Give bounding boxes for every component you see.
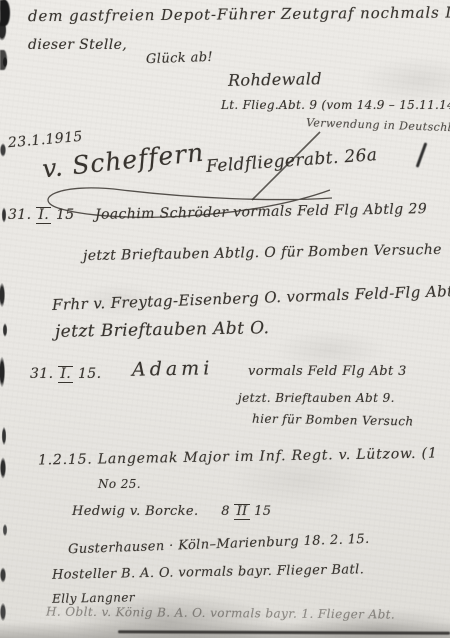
scan-edge-speckles bbox=[0, 0, 12, 638]
scan-bottom-edge-line bbox=[118, 630, 450, 634]
entry3-date-roman-month: I. bbox=[58, 366, 73, 383]
entry1-date-day: 31. bbox=[8, 207, 31, 223]
signature-unit-note: Lt. Flieg.Abt. 9 (vom 14.9 – 15.11.14 bbox=[221, 99, 450, 112]
entry3-text2: jetzt. Brieftauben Abt 9. bbox=[238, 392, 395, 405]
entry3-date-year: 15. bbox=[78, 366, 101, 382]
entry3-date-day: 31. bbox=[30, 366, 53, 382]
scan-corner-blob bbox=[0, 0, 10, 26]
aviator-greeting: Glück ab! bbox=[146, 51, 214, 68]
entry1-text: Joachim Schröder vormals Feld Flg Abtlg … bbox=[95, 202, 427, 223]
entry5-date-day: 8 bbox=[221, 504, 230, 519]
entry2-text: Frhr v. Freytag-Eisenberg O. vormals Fel… bbox=[52, 283, 450, 314]
entry5-line: Hedwig v. Borcke. 8 II 15 bbox=[72, 504, 271, 520]
entry5-date-roman-month: II bbox=[234, 504, 249, 520]
signature-rohdewald: Rohdewald bbox=[228, 70, 322, 89]
entry6-text: Gusterhausen · Köln–Marienburg 18. 2. 15… bbox=[68, 533, 370, 558]
entry5-date-year: 15 bbox=[254, 504, 271, 519]
entry4-text: 1.2.15. Langemak Major im Inf. Regt. v. … bbox=[38, 447, 438, 469]
entry3-name: Adami bbox=[132, 358, 214, 380]
entry3-text3: hier für Bomben Versuch bbox=[252, 413, 414, 429]
entry1-text2: jetzt Brieftauben Abtlg. O für Bomben Ve… bbox=[83, 243, 442, 265]
entry3-rest: vormals Feld Flg Abt 3 bbox=[248, 365, 407, 379]
entry3-date: 31. I. 15. bbox=[30, 366, 101, 383]
dedication-line-1: dem gastfreien Depot-Führer Zeutgraf noc… bbox=[28, 4, 450, 25]
entry1-date: 31. I. 15 bbox=[8, 207, 75, 224]
scan-edge-blob bbox=[0, 50, 7, 70]
signature-scheffern-unit: Feldfliegerabt. 26a bbox=[206, 146, 378, 177]
entry-date-23-1-1915: 23.1.1915 bbox=[7, 130, 83, 152]
entry1-date-year: 15 bbox=[56, 207, 75, 223]
dedication-line-2: dieser Stelle, bbox=[28, 38, 127, 53]
signature-sub-note: Verwendung in Deutschland bbox=[306, 117, 450, 135]
entry7-text: Hosteller B. A. O. vormals bayr. Flieger… bbox=[52, 563, 364, 583]
entry2-text2: jetzt Brieftauben Abt O. bbox=[55, 319, 270, 341]
scanned-page: dem gastfreien Depot-Führer Zeutgraf noc… bbox=[0, 0, 450, 638]
entry4-number: No 25. bbox=[98, 478, 141, 491]
entry1-date-roman-month: I. bbox=[36, 207, 51, 224]
scan-ink-mark bbox=[416, 142, 428, 167]
entry9-text-faded: H. Oblt. v. König B. A. O. vormals bayr.… bbox=[46, 605, 395, 621]
entry5-name: Hedwig v. Borcke. bbox=[72, 504, 199, 519]
